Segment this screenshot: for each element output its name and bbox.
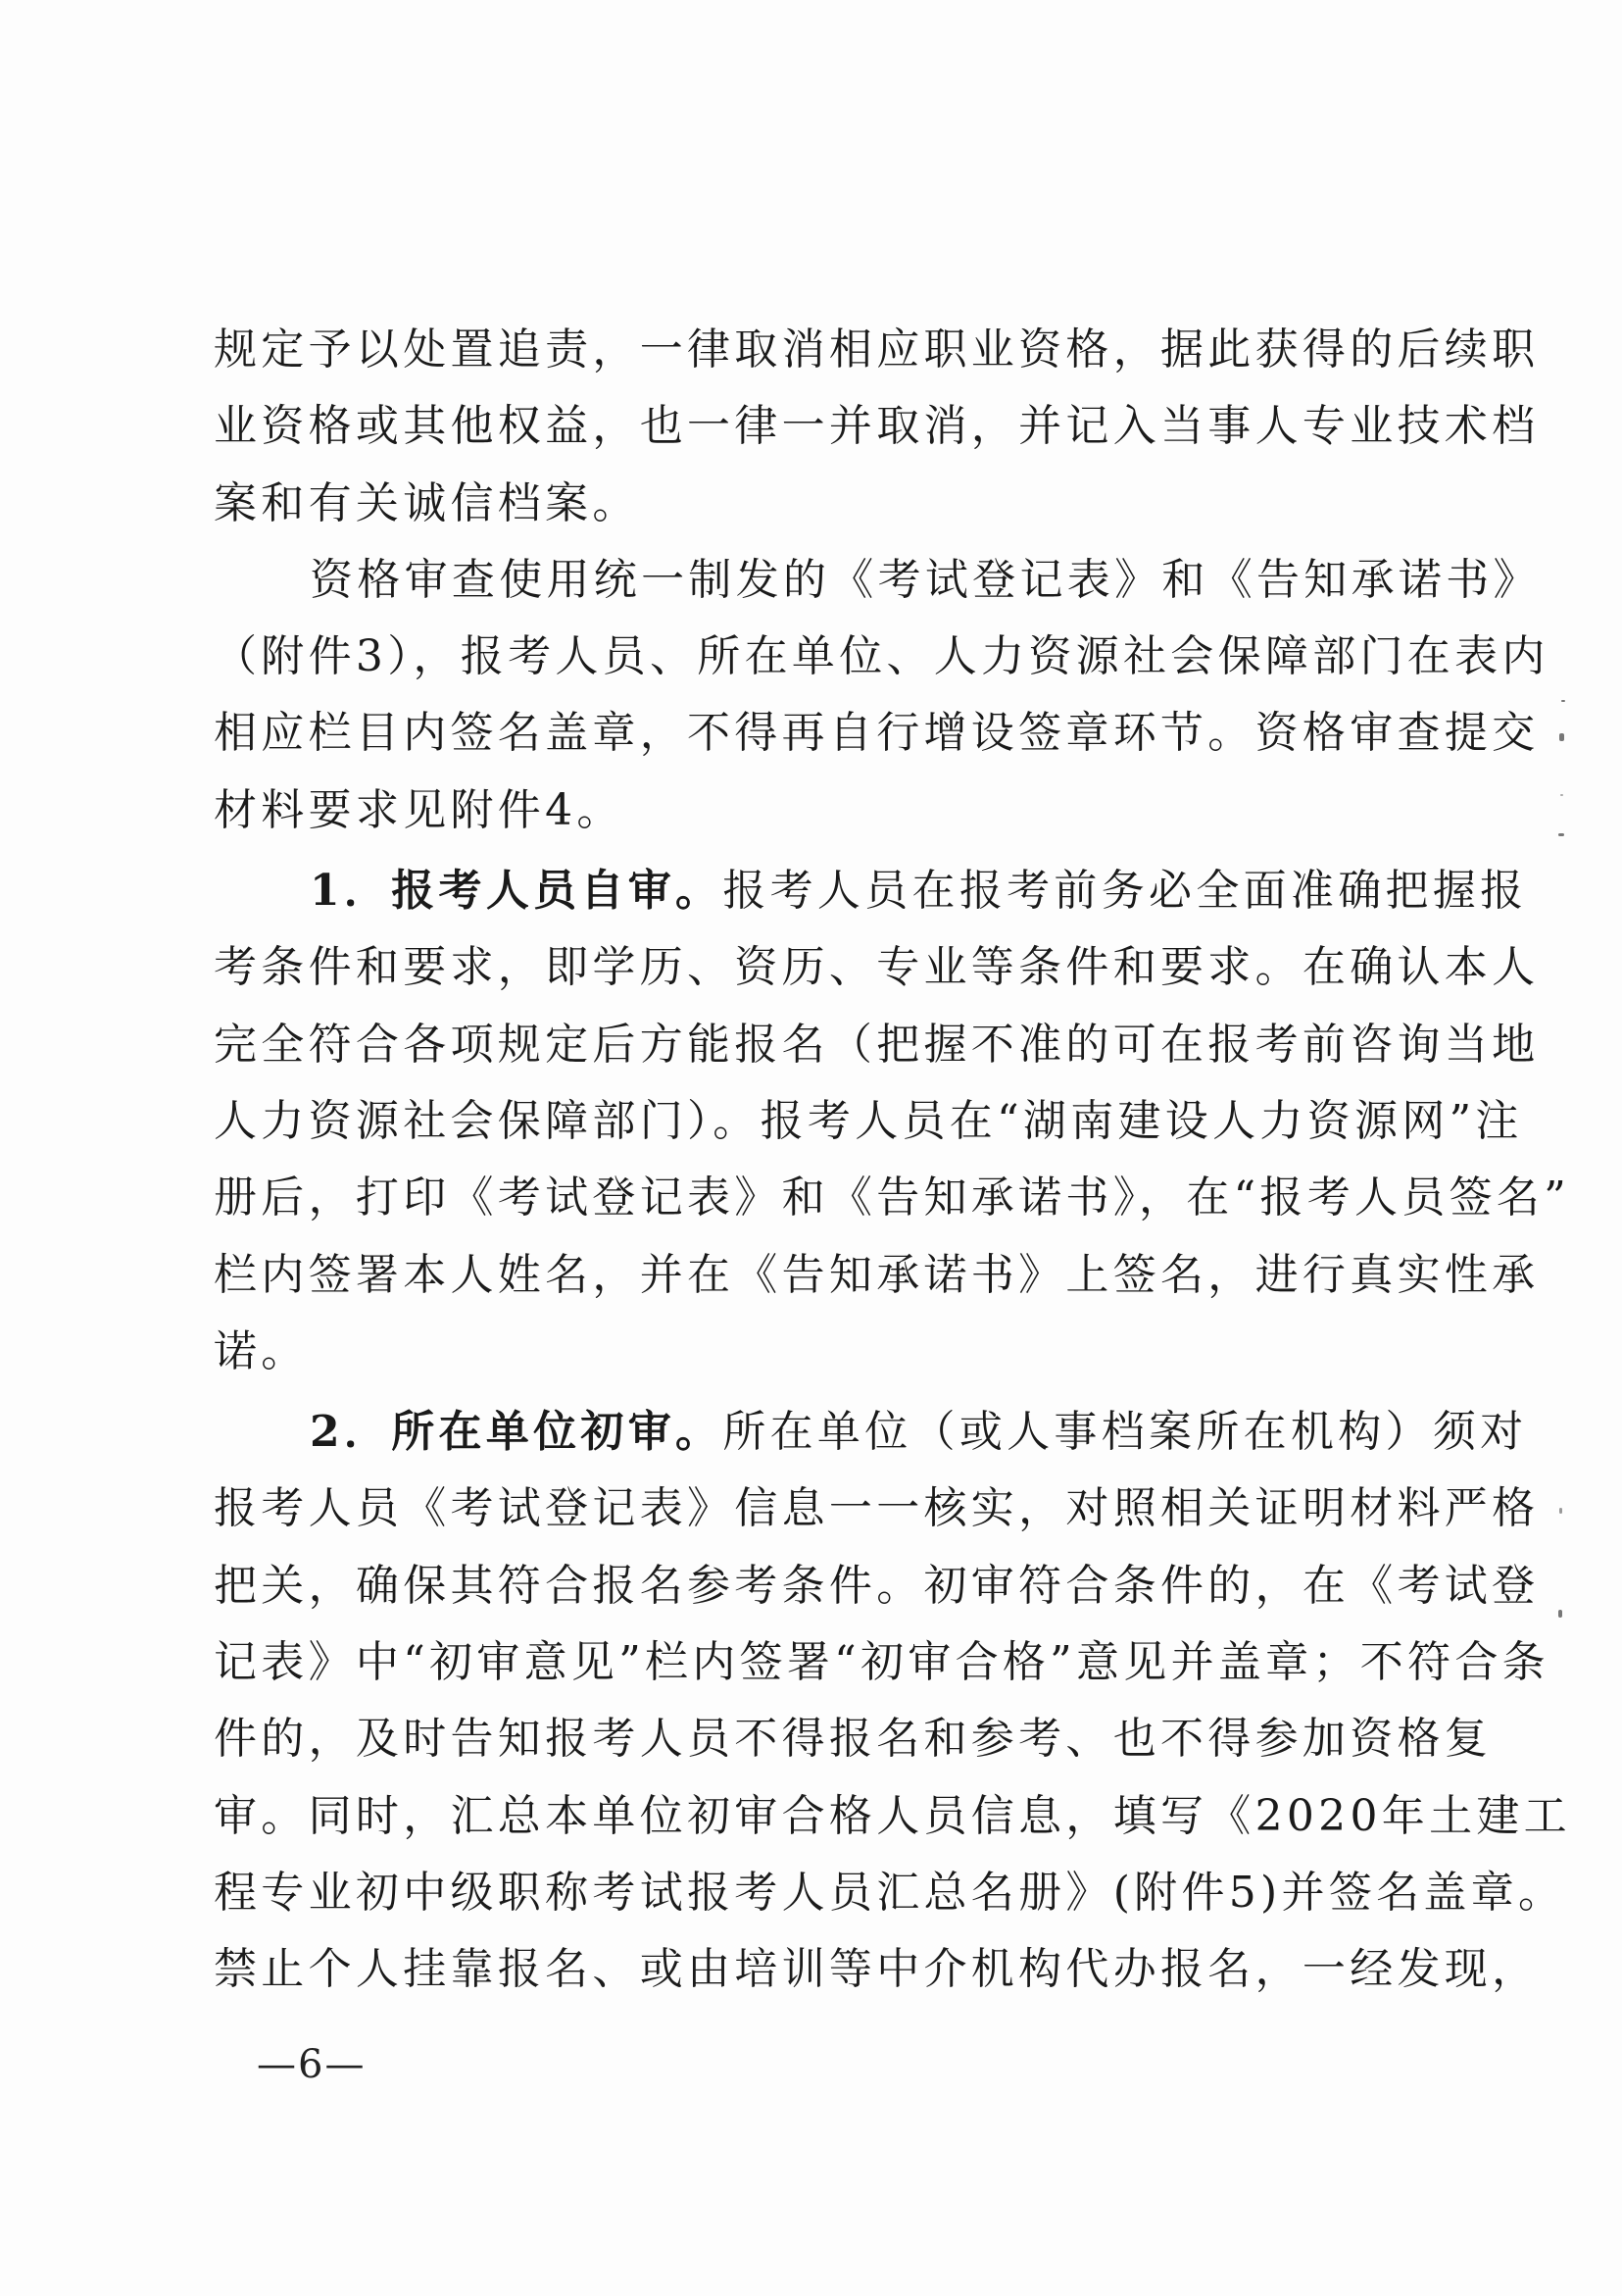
text-line: 业资格或其他权益，也一律一并取消，并记入当事人专业技术档 [214, 388, 1419, 465]
scan-mark [1559, 1508, 1562, 1514]
text-line: 禁止个人挂靠报名、或由培训等中介机构代办报名，一经发现， [214, 1931, 1419, 2008]
paragraph-qualification-review: 资格审查使用统一制发的《考试登记表》和《告知承诺书》 （附件3），报考人员、所在… [214, 542, 1419, 849]
text-line: 诺。 [214, 1314, 1419, 1390]
text-line: 把关，确保其符合报名参考条件。初审符合条件的，在《考试登 [214, 1548, 1419, 1624]
scan-mark [1558, 833, 1564, 836]
text-line: 审。同时，汇总本单位初审合格人员信息，填写《2020年土建工 [214, 1778, 1419, 1855]
text-line: 材料要求见附件4。 [214, 773, 1419, 849]
text-line: 完全符合各项规定后方能报名（把握不准的可在报考前咨询当地 [214, 1007, 1419, 1083]
text-line: 2．所在单位初审。所在单位（或人事档案所在机构）须对 [214, 1394, 1419, 1471]
text-line: 相应栏目内签名盖章，不得再自行增设签章环节。资格审查提交 [214, 695, 1419, 772]
text-span: 报考人员在报考前务必全面准确把握报 [722, 866, 1527, 916]
text-line: 资格审查使用统一制发的《考试登记表》和《告知承诺书》 [214, 542, 1419, 619]
paragraph-employer-review: 2．所在单位初审。所在单位（或人事档案所在机构）须对 报考人员《考试登记表》信息… [214, 1394, 1419, 2008]
scan-mark [1559, 733, 1564, 741]
scan-mark [1560, 794, 1563, 796]
text-line: 件的，及时告知报考人员不得报名和参考、也不得参加资格复 [214, 1701, 1419, 1777]
text-line: 案和有关诚信档案。 [214, 466, 1419, 542]
page-number: —6— [257, 2037, 366, 2092]
scan-mark [1561, 700, 1565, 702]
section-heading-self-review: 1．报考人员自审。 [310, 866, 722, 916]
document-body: 规定予以处置追责，一律取消相应职业资格，据此获得的后续职 业资格或其他权益，也一… [214, 312, 1419, 2009]
text-line: 栏内签署本人姓名，并在《告知承诺书》上签名，进行真实性承 [214, 1237, 1419, 1314]
text-line: 人力资源社会保障部门）。报考人员在“湖南建设人力资源网”注 [214, 1083, 1419, 1160]
text-line: 规定予以处置追责，一律取消相应职业资格，据此获得的后续职 [214, 312, 1419, 388]
paragraph-penalty-continuation: 规定予以处置追责，一律取消相应职业资格，据此获得的后续职 业资格或其他权益，也一… [214, 312, 1419, 542]
text-line: 考条件和要求，即学历、资历、专业等条件和要求。在确认本人 [214, 929, 1419, 1006]
text-line: 报考人员《考试登记表》信息一一核实，对照相关证明材料严格 [214, 1471, 1419, 1547]
paragraph-self-review: 1．报考人员自审。报考人员在报考前务必全面准确把握报 考条件和要求，即学历、资历… [214, 853, 1419, 1390]
section-heading-employer-review: 2．所在单位初审。 [310, 1407, 722, 1457]
document-page: 规定予以处置追责，一律取消相应职业资格，据此获得的后续职 业资格或其他权益，也一… [0, 0, 1622, 2296]
text-span: 所在单位（或人事档案所在机构）须对 [722, 1407, 1527, 1457]
text-line: 册后，打印《考试登记表》和《告知承诺书》，在“报考人员签名” [214, 1160, 1419, 1236]
text-line: 1．报考人员自审。报考人员在报考前务必全面准确把握报 [214, 853, 1419, 929]
text-line: 程专业初中级职称考试报考人员汇总名册》(附件5)并签名盖章。 [214, 1855, 1419, 1931]
scan-mark [1558, 1610, 1562, 1618]
text-line: （附件3），报考人员、所在单位、人力资源社会保障部门在表内 [214, 619, 1419, 695]
text-line: 记表》中“初审意见”栏内签署“初审合格”意见并盖章；不符合条 [214, 1624, 1419, 1701]
